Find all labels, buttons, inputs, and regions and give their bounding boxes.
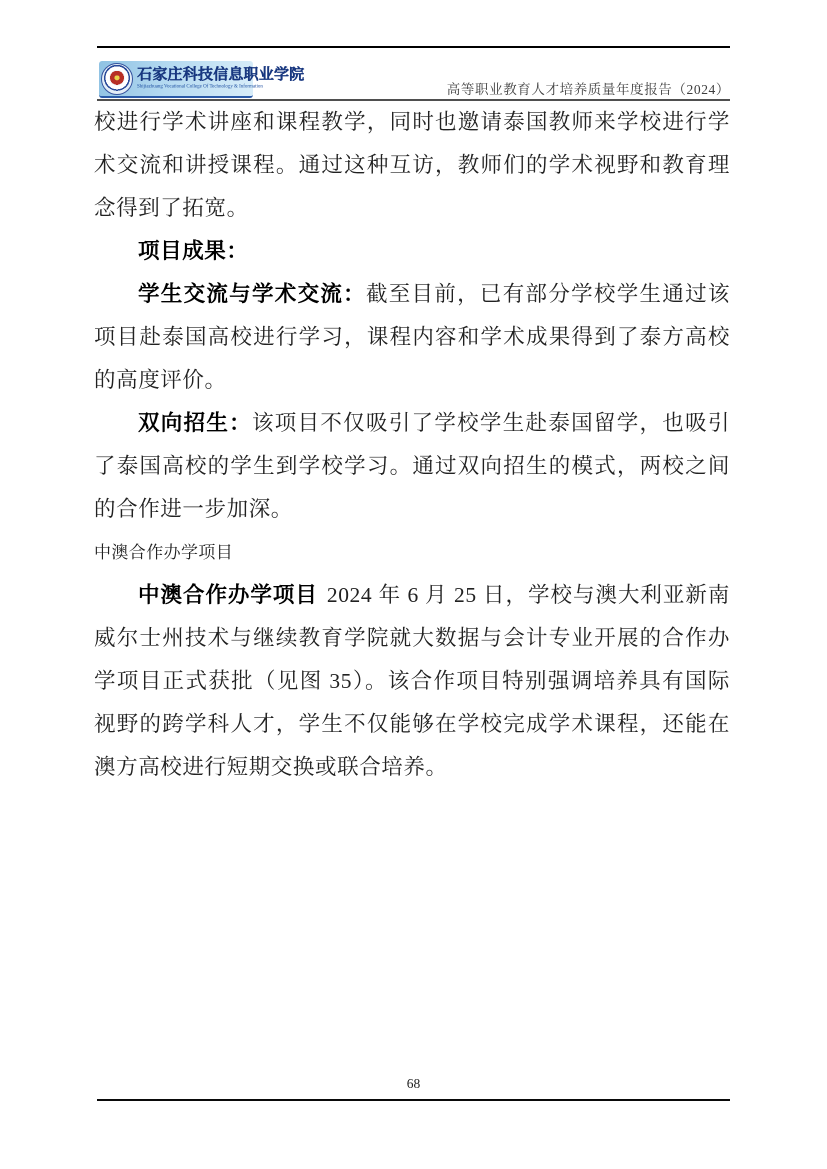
paragraph-dual-enrollment: 双向招生：该项目不仅吸引了学校学生赴泰国留学，也吸引了泰国高校的学生到学校学习。…	[94, 402, 730, 531]
heading-project-results: 项目成果：	[94, 230, 730, 273]
page-number: 68	[0, 1076, 827, 1092]
footer-rule	[97, 1099, 730, 1101]
report-title: 高等职业教育人才培养质量年度报告（2024）	[447, 78, 730, 98]
document-body: 校进行学术讲座和课程教学，同时也邀请泰国教师来学校进行学术交流和讲授课程。通过这…	[94, 101, 730, 789]
china-australia-text: 2024 年 6 月 25 日，学校与澳大利亚新南威尔士州技术与继续教育学院就大…	[94, 583, 730, 779]
college-emblem-icon	[101, 63, 133, 95]
paragraph-china-australia-program: 中澳合作办学项目2024 年 6 月 25 日，学校与澳大利亚新南威尔士州技术与…	[94, 574, 730, 789]
outline-caption-china-australia: 中澳合作办学项目	[94, 531, 730, 574]
paragraph-student-exchange: 学生交流与学术交流：截至目前，已有部分学校学生通过该项目赴泰国高校进行学习，课程…	[94, 273, 730, 402]
dual-enrollment-lead: 双向招生：	[138, 411, 252, 435]
heading-project-results-label: 项目成果：	[138, 239, 249, 263]
student-exchange-lead: 学生交流与学术交流：	[138, 282, 366, 306]
college-name-cn: 石家庄科技信息职业学院	[137, 66, 253, 84]
page-top-rule	[97, 46, 730, 48]
college-name-en: Shijiazhuang Vocational College Of Techn…	[137, 84, 209, 89]
paragraph-thailand-exchange-continuation: 校进行学术讲座和课程教学，同时也邀请泰国教师来学校进行学术交流和讲授课程。通过这…	[94, 101, 730, 230]
college-logo: 石家庄科技信息职业学院 Shijiazhuang Vocational Coll…	[99, 61, 253, 98]
china-australia-lead: 中澳合作办学项目	[138, 583, 318, 607]
college-logo-text: 石家庄科技信息职业学院 Shijiazhuang Vocational Coll…	[137, 66, 253, 92]
document-page: 石家庄科技信息职业学院 Shijiazhuang Vocational Coll…	[0, 0, 827, 1169]
